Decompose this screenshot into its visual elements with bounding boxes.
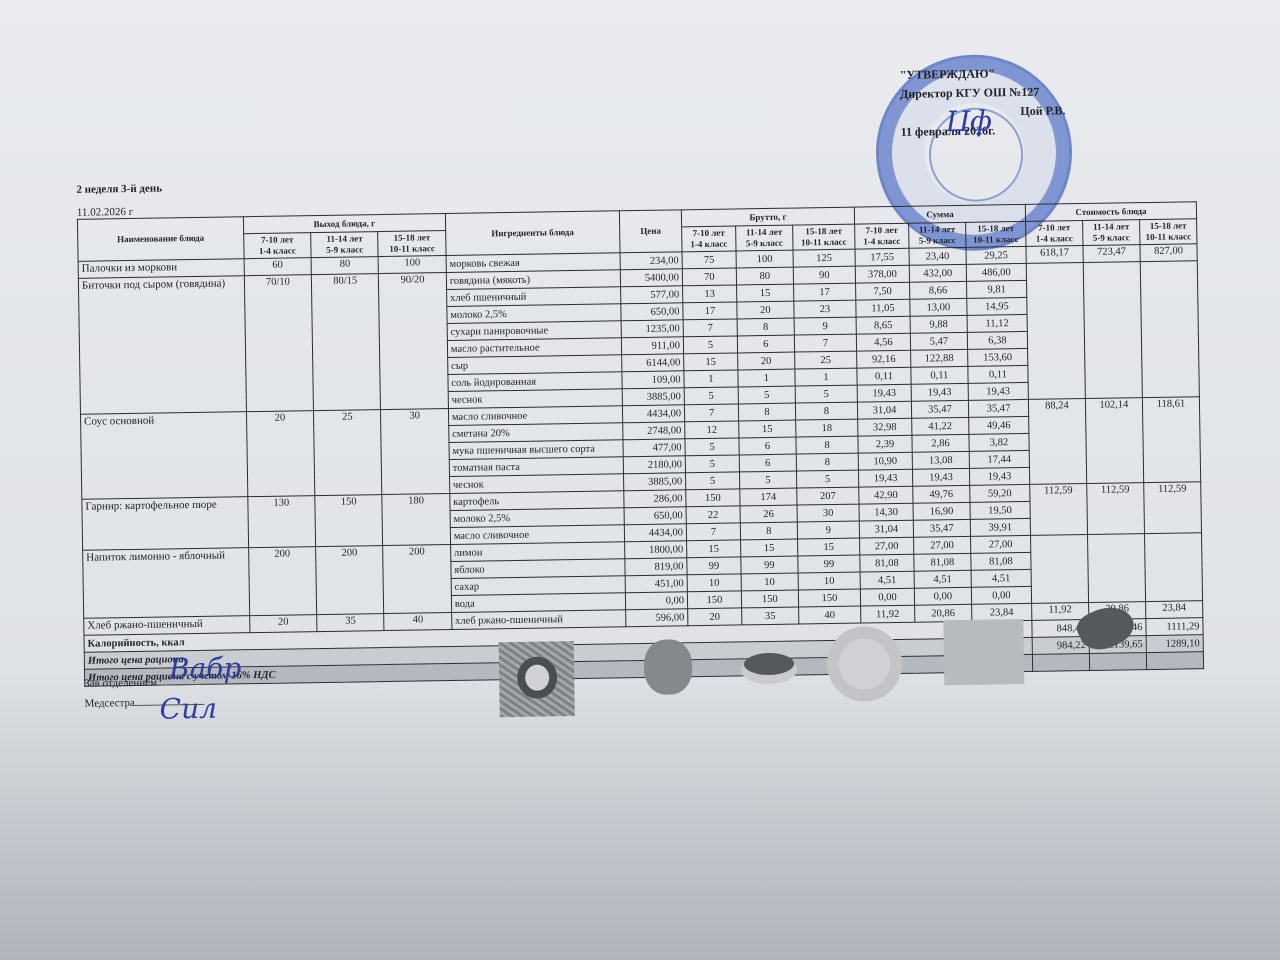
- ingredient-gross: 8: [737, 318, 794, 336]
- ingredient-sum: 2,86: [912, 434, 969, 452]
- ingredient-gross: 7: [794, 334, 856, 352]
- ingredient-sum: 4,51: [971, 569, 1031, 587]
- ingredient-gross: 174: [740, 488, 797, 506]
- ingredient-sum: 4,51: [914, 570, 971, 588]
- ingredient-price: 2748,00: [623, 422, 685, 440]
- dish-output: 130: [248, 496, 316, 548]
- dish-output: 200: [248, 547, 316, 616]
- ingredient-sum: 0,00: [914, 587, 971, 605]
- ingredient-gross: 5: [738, 386, 795, 404]
- dish-output: 20: [249, 615, 317, 633]
- ingredient-gross: 7: [686, 523, 740, 541]
- ingredient-sum: 5,47: [910, 332, 967, 350]
- ingredient-sum: 27,00: [913, 536, 970, 554]
- ingredient-gross: 17: [683, 302, 737, 320]
- ingredient-price: 819,00: [625, 558, 687, 576]
- ingredient-sum: 81,08: [914, 553, 971, 571]
- ingredient-sum: 6,38: [967, 331, 1027, 349]
- ingredient-price: 1800,00: [624, 541, 686, 559]
- header-ingredients: Ингредиенты блюда: [445, 211, 620, 256]
- dish-cost: [1026, 263, 1085, 400]
- ingredient-price: 0,00: [625, 592, 687, 610]
- ingredient-sum: 35,47: [911, 400, 968, 418]
- ingredient-gross: 8: [796, 436, 858, 454]
- ingredient-sum: 17,55: [855, 248, 909, 266]
- dish-output: 80/15: [311, 274, 380, 411]
- dish-output: 30: [381, 409, 450, 495]
- director-signature-icon: Цф: [945, 104, 992, 138]
- header-output-age-3: 15-18 лет10-11 класс: [378, 231, 446, 257]
- ingredient-price: 234,00: [620, 252, 682, 270]
- ingredient-gross: 5: [684, 387, 738, 405]
- ingredient-price: 451,00: [625, 575, 687, 593]
- ingredient-gross: 1: [684, 370, 738, 388]
- ingredient-sum: 0,00: [860, 588, 914, 606]
- ingredient-gross: 22: [686, 506, 740, 524]
- ingredient-sum: 23,40: [909, 247, 966, 265]
- ingredient-gross: 150: [687, 591, 741, 609]
- ingredient-gross: 6: [739, 437, 796, 455]
- ingredient-gross: 5: [795, 385, 857, 403]
- ingredient-sum: 17,44: [969, 450, 1029, 468]
- ingredient-sum: 81,08: [971, 552, 1031, 570]
- ingredient-sum: 31,04: [857, 401, 911, 419]
- dish-output: 40: [384, 612, 452, 630]
- ingredient-gross: 70: [682, 268, 736, 286]
- meat-patty-photo: [644, 639, 693, 695]
- ingredient-sum: 486,00: [966, 263, 1026, 281]
- ingredient-gross: 5: [739, 471, 796, 489]
- ingredient-sum: 35,47: [913, 519, 970, 537]
- ingredient-price: 577,00: [620, 286, 682, 304]
- dish-output: 180: [382, 494, 450, 546]
- dish-name: Гарнир: картофельное пюре: [82, 497, 249, 551]
- ingredient-sum: 27,00: [970, 535, 1030, 553]
- dish-cost: 827,00: [1140, 244, 1197, 262]
- document-date: 11.02.2026 г: [77, 206, 134, 219]
- dish-output: 80: [311, 257, 379, 275]
- header-gross-age-1: 7-10 лет1-4 класс: [682, 226, 736, 252]
- ingredient-sum: 11,92: [861, 605, 915, 623]
- ingredient-gross: 1: [738, 369, 795, 387]
- ingredient-sum: 19,43: [859, 469, 913, 487]
- ingredient-gross: 20: [737, 301, 794, 319]
- ingredient-sum: 29,25: [966, 246, 1026, 264]
- ingredient-price: 286,00: [624, 490, 686, 508]
- header-price: Цена: [619, 210, 682, 253]
- ingredient-gross: 25: [794, 351, 856, 369]
- mashed-potato-photo: [826, 626, 902, 702]
- ingredient-sum: 0,11: [968, 365, 1028, 383]
- dish-cost: [1144, 533, 1202, 602]
- ingredient-gross: 8: [738, 403, 795, 421]
- dish-cost: 88,24: [1028, 399, 1086, 485]
- dish-name: Соус основной: [80, 412, 247, 500]
- ingredient-gross: 15: [687, 540, 741, 558]
- ingredient-price: 6144,00: [622, 354, 684, 372]
- ingredient-gross: 75: [682, 251, 736, 269]
- ingredient-price: 4434,00: [622, 405, 684, 423]
- ingredient-sum: 31,04: [859, 520, 913, 538]
- ingredient-price: 5400,00: [620, 269, 682, 287]
- header-sum-age-2: 11-14 лет5-9 класс: [909, 222, 966, 248]
- dish-cost: 618,17: [1026, 246, 1083, 264]
- ingredient-sum: 4,51: [860, 571, 914, 589]
- ingredient-price: 2180,00: [623, 456, 685, 474]
- dish-output: 200: [316, 546, 384, 615]
- ingredient-gross: 15: [740, 539, 797, 557]
- approval-director: Директор КГУ ОШ №127: [900, 82, 1065, 104]
- header-sum-age-3: 15-18 лет10-11 класс: [965, 221, 1025, 247]
- ingredient-gross: 100: [736, 250, 793, 268]
- ingredient-price: 650,00: [624, 507, 686, 525]
- header-cost-age-1: 7-10 лет1-4 класс: [1026, 221, 1083, 247]
- ingredient-gross: 150: [798, 589, 860, 607]
- ingredient-sum: 8,66: [909, 281, 966, 299]
- ingredient-sum: 19,43: [857, 384, 911, 402]
- ingredient-gross: 207: [797, 487, 859, 505]
- ingredient-gross: 7: [684, 404, 738, 422]
- ingredient-gross: 6: [739, 454, 796, 472]
- ingredient-sum: 2,39: [858, 435, 912, 453]
- ingredient-gross: 12: [685, 421, 739, 439]
- header-cost-age-3: 15-18 лет10-11 класс: [1140, 219, 1197, 245]
- ingredient-price: 477,00: [623, 439, 685, 457]
- ingredient-sum: 7,50: [856, 282, 910, 300]
- ingredient-price: 4434,00: [624, 524, 686, 542]
- ingredient-gross: 18: [796, 419, 858, 437]
- ingredient-gross: 8: [740, 522, 797, 540]
- ingredient-sum: 41,22: [912, 417, 969, 435]
- ingredient-gross: 17: [793, 283, 855, 301]
- ingredient-price: 650,00: [621, 303, 683, 321]
- ingredient-sum: 49,46: [969, 416, 1029, 434]
- ingredient-gross: 90: [793, 266, 855, 284]
- lemon-apple-drink-photo: [943, 619, 1024, 685]
- ingredient-sum: 35,47: [968, 399, 1028, 417]
- ingredient-price: 109,00: [622, 371, 684, 389]
- ingredient-gross: 8: [795, 402, 857, 420]
- menu-table: Наименование блюда Выход блюда, г Ингред…: [77, 201, 1204, 687]
- ingredient-sum: 4,56: [856, 333, 910, 351]
- ingredient-sum: 11,12: [967, 314, 1027, 332]
- dish-output: 70/10: [244, 275, 313, 412]
- dish-cost: [1031, 534, 1089, 603]
- ingredient-gross: 26: [740, 505, 797, 523]
- ingredient-sum: 19,43: [968, 382, 1028, 400]
- ingredient-sum: 13,08: [912, 451, 969, 469]
- nurse-signature-icon: Сил: [159, 692, 217, 726]
- ingredient-gross: 5: [685, 455, 739, 473]
- ingredient-sum: 9,81: [966, 280, 1026, 298]
- carrot-sticks-photo: [499, 641, 575, 717]
- header-dish-name: Наименование блюда: [77, 217, 243, 262]
- nurse-label: Медсестра: [84, 697, 135, 710]
- dish-cost: [1140, 261, 1199, 398]
- ingredient-gross: 99: [798, 555, 860, 573]
- dish-output: 20: [246, 411, 315, 497]
- sauce-photo: [744, 653, 794, 676]
- header-sum-age-1: 7-10 лет1-4 класс: [855, 223, 909, 249]
- dish-cost: 112,59: [1087, 483, 1145, 535]
- ingredient-sum: 10,90: [858, 452, 912, 470]
- ingredient-gross: 5: [686, 472, 740, 490]
- dish-name: Напиток лимонно - яблочный: [83, 548, 250, 619]
- ingredient-gross: 5: [683, 336, 737, 354]
- dish-cost: 118,61: [1142, 397, 1200, 483]
- ingredient-sum: 378,00: [855, 265, 909, 283]
- ingredient-gross: 35: [742, 607, 799, 625]
- ingredient-gross: 15: [736, 284, 793, 302]
- ingredient-sum: 92,16: [857, 350, 911, 368]
- ingredient-sum: 8,65: [856, 316, 910, 334]
- ingredient-sum: 14,95: [967, 297, 1027, 315]
- ingredient-gross: 125: [793, 249, 855, 267]
- ingredient-gross: 10: [741, 573, 798, 591]
- ingredient-sum: 11,05: [856, 299, 910, 317]
- ingredient-gross: 80: [736, 267, 793, 285]
- ingredient-sum: 0,11: [857, 367, 911, 385]
- header-cost-age-2: 11-14 лет5-9 класс: [1083, 220, 1140, 246]
- ingredient-sum: 3,82: [969, 433, 1029, 451]
- menu-document: "УТВЕРЖДАЮ" Директор КГУ ОШ №127 Цой Р.В…: [65, 51, 1216, 769]
- head-label: Зав отделением: [84, 677, 157, 690]
- ingredient-gross: 15: [797, 538, 859, 556]
- ingredient-gross: 6: [737, 335, 794, 353]
- ingredient-gross: 10: [798, 572, 860, 590]
- ingredient-gross: 1: [795, 368, 857, 386]
- dish-output: 60: [244, 258, 312, 276]
- ingredient-sum: 81,08: [860, 554, 914, 572]
- ingredient-gross: 20: [738, 352, 795, 370]
- ingredient-gross: 40: [799, 606, 861, 624]
- ingredient-gross: 20: [688, 608, 742, 626]
- header-output-age-2: 11-14 лет5-9 класс: [311, 232, 379, 258]
- ingredient-gross: 8: [796, 453, 858, 471]
- ingredient-sum: 19,43: [911, 383, 968, 401]
- ingredient-sum: 19,43: [912, 468, 969, 486]
- ingredient-gross: 9: [797, 521, 859, 539]
- ingredient-sum: 49,76: [913, 485, 970, 503]
- dish-cost: 723,47: [1083, 245, 1140, 263]
- ingredient-sum: 0,11: [911, 366, 968, 384]
- dish-cost: [1087, 534, 1145, 603]
- ingredient-sum: 32,98: [858, 418, 912, 436]
- ingredient-sum: 432,00: [909, 264, 966, 282]
- ingredient-sum: 19,50: [970, 501, 1030, 519]
- ingredient-gross: 5: [796, 470, 858, 488]
- dish-cost: 23,84: [1146, 601, 1203, 619]
- dish-cost: 11,92: [1032, 602, 1089, 620]
- dish-output: 200: [383, 544, 451, 613]
- ingredient-gross: 99: [741, 556, 798, 574]
- ingredient-gross: 9: [794, 317, 856, 335]
- dish-output: 25: [314, 410, 383, 496]
- ingredient-sum: 16,90: [913, 502, 970, 520]
- dish-cost: [1083, 262, 1142, 399]
- ingredient-gross: 30: [797, 504, 859, 522]
- dish-output: 35: [317, 614, 385, 632]
- dish-photos: [499, 626, 1200, 727]
- approval-heading: "УТВЕРЖДАЮ": [900, 63, 1065, 85]
- ingredient-sum: 13,00: [910, 298, 967, 316]
- ingredient-sum: 9,88: [910, 315, 967, 333]
- ingredient-gross: 10: [687, 574, 741, 592]
- document-title: 2 неделя 3-й день: [76, 182, 162, 195]
- ingredient-gross: 99: [687, 557, 741, 575]
- ingredient-price: 911,00: [621, 337, 683, 355]
- dish-cost: 102,14: [1085, 398, 1143, 484]
- ingredient-sum: 0,00: [971, 586, 1031, 604]
- ingredient-gross: 23: [794, 300, 856, 318]
- ingredient-sum: 14,30: [859, 503, 913, 521]
- ingredient-sum: 19,43: [969, 467, 1029, 485]
- dish-cost: 112,59: [1030, 483, 1088, 535]
- ingredient-sum: 39,91: [970, 518, 1030, 536]
- ingredient-sum: 42,90: [859, 486, 913, 504]
- dish-name: Биточки под сыром (говядина): [78, 276, 246, 415]
- ingredient-sum: 153,60: [967, 348, 1027, 366]
- ingredient-gross: 150: [686, 489, 740, 507]
- ingredient-price: 1235,00: [621, 320, 683, 338]
- ingredient-gross: 5: [685, 438, 739, 456]
- ingredient-sum: 59,20: [970, 484, 1030, 502]
- ingredient-gross: 150: [741, 590, 798, 608]
- ingredient-gross: 15: [739, 420, 796, 438]
- dish-cost: 112,59: [1144, 482, 1202, 534]
- ingredient-gross: 15: [684, 353, 738, 371]
- ingredient-sum: 27,00: [860, 537, 914, 555]
- ingredient-gross: 7: [683, 319, 737, 337]
- ingredient-price: 3885,00: [622, 388, 684, 406]
- head-signature-icon: Вабр: [169, 651, 242, 685]
- dish-output: 90/20: [379, 273, 449, 410]
- header-output-age-1: 7-10 лет1-4 класс: [243, 233, 311, 259]
- dish-output: 100: [379, 256, 447, 274]
- header-gross-age-3: 15-18 лет10-11 класс: [793, 224, 856, 250]
- header-gross-age-2: 11-14 лет5-9 класс: [736, 225, 793, 251]
- ingredient-sum: 122,88: [911, 349, 968, 367]
- ingredient-price: 596,00: [626, 609, 688, 627]
- dish-output: 150: [315, 495, 383, 547]
- ingredient-price: 3885,00: [623, 473, 685, 491]
- ingredient-gross: 13: [683, 285, 737, 303]
